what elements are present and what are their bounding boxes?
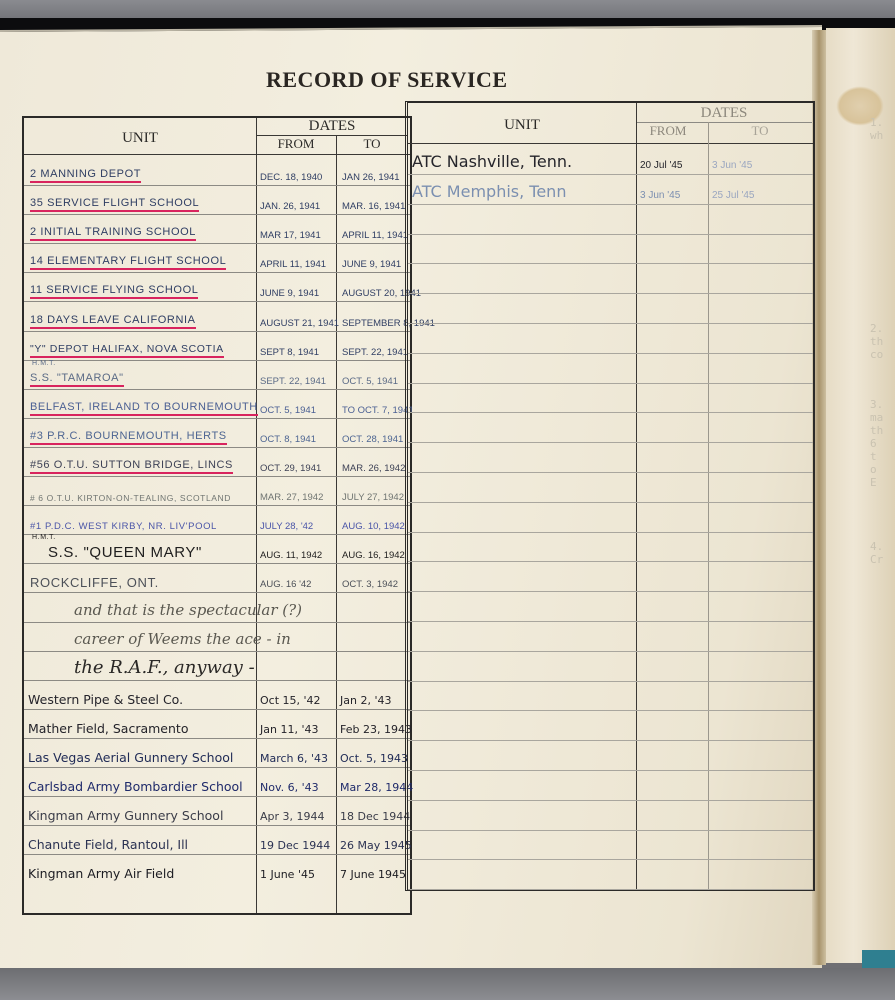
date-from: APRIL 11, 1941 (260, 259, 326, 270)
date-to: 25 Jul '45 (712, 190, 755, 201)
header-divider (408, 143, 813, 144)
date-from: Nov. 6, '43 (260, 781, 319, 794)
column-header-unit: UNIT (24, 130, 256, 147)
unit-name: 2 INITIAL TRAINING SCHOOL (30, 226, 196, 241)
table-row (408, 354, 813, 383)
unit-name: #1 P.D.C. WEST KIRBY, NR. LIV'POOL (30, 521, 217, 532)
date-to: SEPT. 22, 1941 (342, 347, 408, 358)
unit-name: Kingman Army Air Field (28, 866, 174, 881)
table-row (408, 503, 813, 532)
table-row: 14 ELEMENTARY FLIGHT SCHOOLAPRIL 11, 194… (24, 243, 410, 272)
unit-name: #3 P.R.C. BOURNEMOUTH, HERTS (30, 430, 227, 445)
table-row (408, 860, 813, 889)
unit-name: ATC Nashville, Tenn. (412, 152, 572, 171)
faint-printed-text: 1.wh (870, 116, 883, 142)
date-from: 20 Jul '45 (640, 160, 683, 171)
column-header-unit: UNIT (408, 117, 636, 134)
faint-printed-text: 4.Cr (870, 540, 883, 566)
date-to: APRIL 11, 1941 (342, 230, 408, 241)
table-row: Carlsbad Army Bombardier SchoolNov. 6, '… (24, 767, 410, 796)
unit-name: S.S. "TAMAROA" (30, 372, 124, 387)
faint-printed-text: 3.math6toE (870, 398, 883, 489)
table-row (408, 383, 813, 412)
column-header-to: TO (336, 136, 408, 152)
date-to: JAN 26, 1941 (342, 172, 400, 183)
faint-printed-text: 2.thco (870, 322, 883, 361)
table-row: 35 SERVICE FLIGHT SCHOOLJAN. 26, 1941MAR… (24, 185, 410, 214)
unit-name: BELFAST, IRELAND TO BOURNEMOUTH (30, 401, 258, 416)
table-row: 2 MANNING DEPOTDEC. 18, 1940JAN 26, 1941 (24, 156, 410, 185)
table-row (408, 622, 813, 651)
date-from: Oct 15, '42 (260, 694, 321, 707)
table-row: the R.A.F., anyway - (24, 651, 410, 680)
date-from: DEC. 18, 1940 (260, 172, 322, 183)
table-row (408, 413, 813, 442)
unit-name: Kingman Army Gunnery School (28, 808, 223, 823)
date-to: 3 Jun '45 (712, 160, 752, 171)
page-title: RECORD OF SERVICE (266, 67, 508, 93)
dates-subdivider (636, 122, 812, 123)
table-row: #56 O.T.U. SUTTON BRIDGE, LINCSOCT. 29, … (24, 447, 410, 476)
table-row (408, 801, 813, 830)
service-record-table-right: UNIT DATES FROM TO ATC Nashville, Tenn.2… (405, 101, 815, 891)
date-from: 1 June '45 (260, 868, 315, 881)
table-row (408, 473, 813, 502)
date-to: AUG. 16, 1942 (342, 550, 405, 561)
unit-name: 18 DAYS LEAVE CALIFORNIA (30, 314, 196, 329)
unit-prefix: H.M.T. (32, 534, 56, 541)
unit-name: ATC Memphis, Tenn (412, 182, 566, 201)
table-row: 11 SERVICE FLYING SCHOOLJUNE 9, 1941AUGU… (24, 272, 410, 301)
handwritten-note: and that is the spectacular (?) (74, 601, 302, 619)
row-rule (408, 889, 813, 890)
date-to: Feb 23, 1943 (340, 723, 412, 736)
table-row (408, 771, 813, 800)
column-header-dates: DATES (256, 118, 408, 135)
unit-name: Mather Field, Sacramento (28, 721, 188, 736)
unit-name: 14 ELEMENTARY FLIGHT SCHOOL (30, 255, 226, 270)
table-row: Mather Field, SacramentoJan 11, '43Feb 2… (24, 709, 410, 738)
table-row: H.M.T.S.S. "QUEEN MARY"AUG. 11, 1942AUG.… (24, 534, 410, 563)
table-row: ATC Nashville, Tenn.20 Jul '453 Jun '45 (408, 145, 813, 174)
table-row: Las Vegas Aerial Gunnery SchoolMarch 6, … (24, 738, 410, 767)
unit-name: 11 SERVICE FLYING SCHOOL (30, 284, 198, 299)
table-row (408, 681, 813, 710)
date-to: MAR. 16, 1941 (342, 201, 405, 212)
unit-name: ROCKCLIFFE, ONT. (30, 575, 159, 590)
date-from: 19 Dec 1944 (260, 839, 330, 852)
unit-name: 35 SERVICE FLIGHT SCHOOL (30, 197, 199, 212)
date-to: OCT. 3, 1942 (342, 579, 398, 590)
date-from: Apr 3, 1944 (260, 810, 325, 823)
scan-background-bottom (0, 968, 895, 1000)
date-to: Mar 28, 1944 (340, 781, 413, 794)
table-row: ATC Memphis, Tenn3 Jun '4525 Jul '45 (408, 175, 813, 204)
date-to: OCT. 28, 1941 (342, 434, 403, 445)
handwritten-note: the R.A.F., anyway - (74, 657, 255, 678)
handwritten-note: career of Weems the ace - in (74, 630, 291, 648)
date-from: Jan 11, '43 (260, 723, 318, 736)
date-to: Jan 2, '43 (340, 694, 391, 707)
table-row: # 6 O.T.U. KIRTON-ON-TEALING, SCOTLANDMA… (24, 476, 410, 505)
date-from: SEPT. 22, 1941 (260, 376, 326, 387)
date-to: TO OCT. 7, 1941 (342, 405, 414, 416)
date-to: MAR. 26, 1942 (342, 463, 405, 474)
date-from: OCT. 5, 1941 (260, 405, 316, 416)
column-header-from: FROM (256, 136, 336, 152)
table-row: "Y" DEPOT HALIFAX, NOVA SCOTIASEPT 8, 19… (24, 331, 410, 360)
table-row (408, 652, 813, 681)
table-row: 18 DAYS LEAVE CALIFORNIAAUGUST 21, 1941S… (24, 302, 410, 331)
date-to: OCT. 5, 1941 (342, 376, 398, 387)
table-row: Chanute Field, Rantoul, Ill19 Dec 194426… (24, 825, 410, 854)
date-from: OCT. 8, 1941 (260, 434, 316, 445)
dates-subdivider (256, 135, 408, 136)
date-to: 26 May 1945 (340, 839, 412, 852)
date-from: AUG. 16 '42 (260, 579, 311, 590)
date-to: AUG. 10, 1942 (342, 521, 405, 532)
date-from: JUNE 9, 1941 (260, 288, 319, 299)
column-header-dates: DATES (636, 105, 812, 122)
unit-name: 2 MANNING DEPOT (30, 168, 141, 183)
unit-name: "Y" DEPOT HALIFAX, NOVA SCOTIA (30, 343, 224, 358)
date-from: MAR 17, 1941 (260, 230, 321, 241)
date-from: AUG. 11, 1942 (260, 550, 322, 561)
table-row (408, 741, 813, 770)
date-from: JAN. 26, 1941 (260, 201, 320, 212)
date-to: 18 Dec 1944 (340, 810, 410, 823)
date-from: 3 Jun '45 (640, 190, 680, 201)
table-row (408, 830, 813, 859)
table-row: #3 P.R.C. BOURNEMOUTH, HERTSOCT. 8, 1941… (24, 418, 410, 447)
unit-name: Chanute Field, Rantoul, Ill (28, 837, 188, 852)
table-row: and that is the spectacular (?) (24, 593, 410, 622)
table-row (408, 443, 813, 472)
table-row: H.M.T.S.S. "TAMAROA"SEPT. 22, 1941OCT. 5… (24, 360, 410, 389)
facing-page-edge: 1.wh 2.thco 3.math6toE 4.Cr (826, 28, 895, 963)
table-row: career of Weems the ace - in (24, 622, 410, 651)
table-row: Kingman Army Air Field1 June '457 June 1… (24, 854, 410, 883)
book-cover-corner (862, 950, 895, 970)
unit-name: Carlsbad Army Bombardier School (28, 779, 243, 794)
unit-name: # 6 O.T.U. KIRTON-ON-TEALING, SCOTLAND (30, 493, 231, 503)
table-row: #1 P.D.C. WEST KIRBY, NR. LIV'POOLJULY 2… (24, 505, 410, 534)
column-header-from: FROM (636, 123, 700, 139)
table-row (408, 294, 813, 323)
table-row (408, 324, 813, 353)
table-row (408, 711, 813, 740)
unit-name: Las Vegas Aerial Gunnery School (28, 750, 233, 765)
table-row: Western Pipe & Steel Co.Oct 15, '42Jan 2… (24, 680, 410, 709)
header-divider (24, 154, 410, 155)
table-row (408, 562, 813, 591)
unit-name: S.S. "QUEEN MARY" (48, 544, 202, 561)
table-row: ROCKCLIFFE, ONT.AUG. 16 '42OCT. 3, 1942 (24, 563, 410, 592)
table-row (408, 592, 813, 621)
unit-name: #56 O.T.U. SUTTON BRIDGE, LINCS (30, 459, 233, 474)
date-to: JULY 27, 1942 (342, 492, 404, 503)
table-row (408, 234, 813, 263)
table-row: BELFAST, IRELAND TO BOURNEMOUTHOCT. 5, 1… (24, 389, 410, 418)
service-record-table-left: UNIT DATES FROM TO 2 MANNING DEPOTDEC. 1… (22, 116, 412, 915)
date-to: 7 June 1945 (340, 868, 406, 881)
date-from: SEPT 8, 1941 (260, 347, 319, 358)
table-row: Kingman Army Gunnery SchoolApr 3, 194418… (24, 796, 410, 825)
table-row (408, 205, 813, 234)
unit-name: Western Pipe & Steel Co. (28, 692, 183, 707)
table-row: 2 INITIAL TRAINING SCHOOLMAR 17, 1941APR… (24, 214, 410, 243)
date-to: Oct. 5, 1943 (340, 752, 408, 765)
unit-prefix: H.M.T. (32, 360, 56, 367)
date-from: AUGUST 21, 1941 (260, 318, 339, 329)
date-from: JULY 28, '42 (260, 521, 313, 532)
date-from: MAR. 27, 1942 (260, 492, 323, 503)
date-from: March 6, '43 (260, 752, 328, 765)
date-from: OCT. 29, 1941 (260, 463, 321, 474)
table-row (408, 264, 813, 293)
table-row (408, 532, 813, 561)
column-header-to: TO (708, 123, 812, 139)
date-to: JUNE 9, 1941 (342, 259, 401, 270)
